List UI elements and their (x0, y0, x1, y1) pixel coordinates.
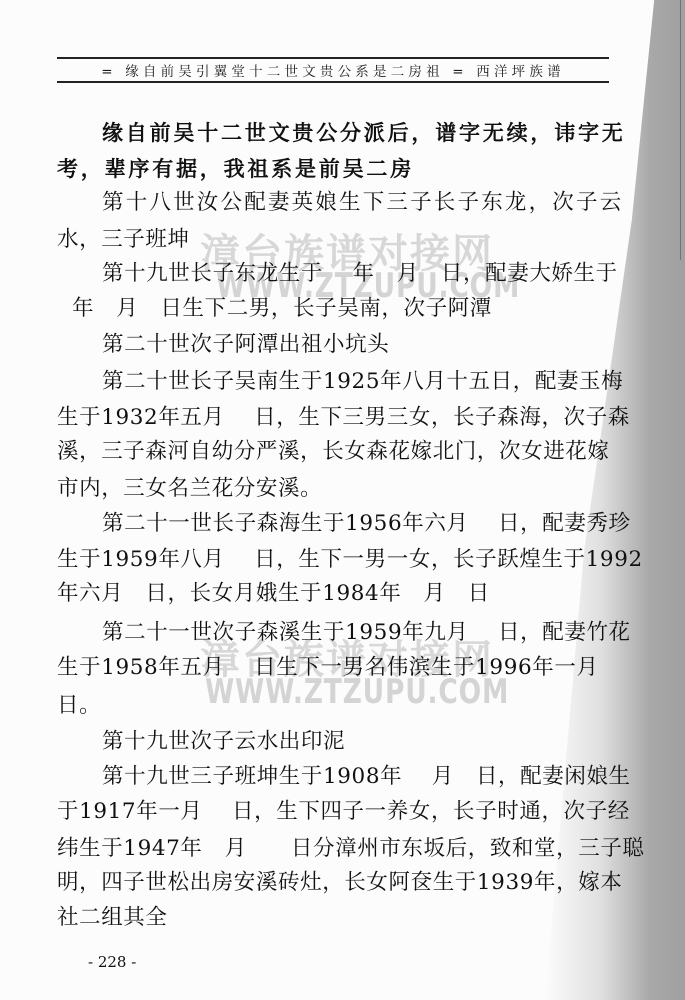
text-line: 社二组其全 (57, 906, 168, 930)
scan-edge-line (680, 0, 681, 260)
text-line: 缘自前吴十二世文贵公分派后，谱字无续，讳字无 (102, 121, 626, 145)
text-line: 生于1958年五月 日生下一男名伟滨生于1996年一月 (57, 656, 599, 680)
page-number: - 228 - (88, 953, 136, 971)
text-line: 年六月 日，长女月娥生于1984年 月 日 (57, 582, 490, 606)
text-line: 市内，三女名兰花分安溪。 (57, 477, 322, 501)
text-line: 第十八世汝公配妻英娘生下三子长子东龙，次子云 (102, 191, 623, 215)
text-line: 生于1959年八月 日，生下一男一女，长子跃煌生于1992 (57, 548, 643, 572)
text-line: 年 月 日生下二男，长子吴南，次子阿潭 (72, 297, 492, 321)
text-line: 第十九世次子云水出印泥 (102, 730, 345, 754)
text-line: 水，三子班坤 (57, 228, 190, 252)
text-line: 考，辈序有据，我祖系是前吴二房 (57, 157, 414, 181)
text-line: 纬生于1947年 月 日分漳州市东坂后，致和堂，三子聪 (57, 837, 645, 861)
scanned-page: = 缘自前吴引翼堂十二世文贵公系是二房祖 = 西洋坪族谱 漳台族谱对接网 WWW… (0, 0, 685, 1000)
text-line: 于1917年一月 日，生下四子一养女，长子时通，次子经 (57, 800, 630, 824)
running-header: = 缘自前吴引翼堂十二世文贵公系是二房祖 = 西洋坪族谱 (57, 57, 609, 83)
text-line: 溪，三子森河自幼分严溪，长女森花嫁北门，次女进花嫁 (57, 440, 610, 464)
text-line: 第十九世三子班坤生于1908年 月 日，配妻闲娘生 (102, 765, 631, 789)
text-line: 日。 (57, 694, 101, 718)
text-line: 第十九世长子东龙生于 年 月 日，配妻大娇生于 (102, 262, 618, 286)
text-line: 第二十一世次子森溪生于1959年九月 日，配妻竹花 (102, 621, 631, 645)
text-line: 生于1932年五月 日，生下三男三女，长子森海，次子森 (57, 406, 630, 430)
text-line: 第二十世长子吴南生于1925年八月十五日，配妻玉梅 (102, 370, 623, 394)
text-line: 第二十世次子阿潭出祖小坑头 (102, 333, 389, 357)
text-line: 明，四子世松出房安溪砖灶，长女阿奁生于1939年，嫁本 (57, 871, 622, 895)
text-line: 第二十一世长子森海生于1956年六月 日，配妻秀珍 (102, 512, 631, 536)
